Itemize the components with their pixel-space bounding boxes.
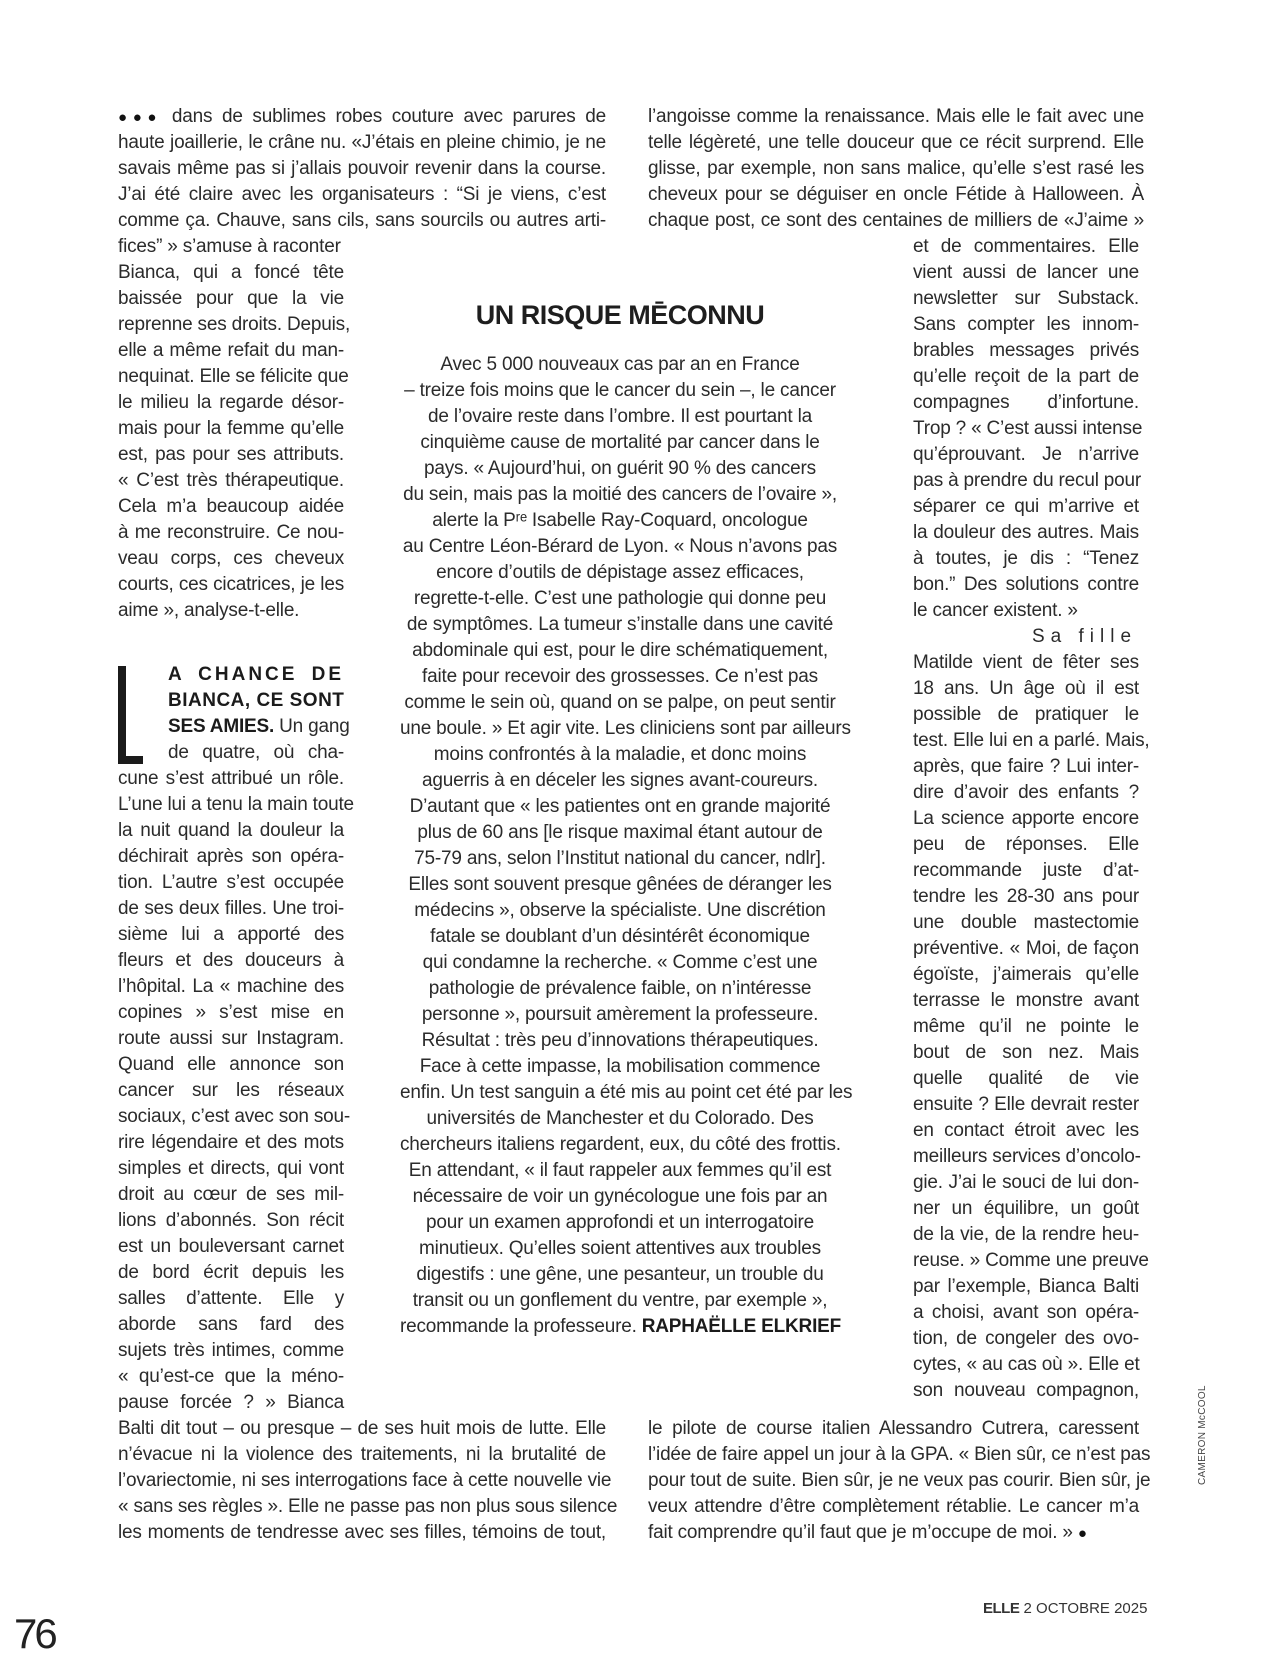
- article-line: de la vie, de la rendre heu-: [913, 1222, 1139, 1248]
- sidebar-line: enfin. Un test sanguin a été mis au poin…: [400, 1080, 840, 1106]
- article-line: J’ai été claire avec les organisateurs :…: [118, 182, 606, 208]
- article-line: la nuit quand la douleur la: [118, 818, 344, 844]
- sidebar-line: nécessaire de voir un gynécologue une fo…: [400, 1184, 840, 1210]
- sidebar-line: encore d’outils de dépistage assez effic…: [400, 560, 840, 586]
- article-line: l’angoisse comme la renaissance. Mais el…: [648, 104, 1144, 130]
- sidebar-line: 75-79 ans, selon l’Institut national du …: [400, 846, 840, 872]
- article-line: brables messages privés: [913, 338, 1139, 364]
- article-line: Sans compter les innom-: [913, 312, 1139, 338]
- article-line: copines » s’est mise en: [118, 1000, 344, 1026]
- sidebar-line: Elles sont souvent presque gênées de dér…: [400, 872, 840, 898]
- article-line: qu’elle reçoit de la part de: [913, 364, 1139, 390]
- sidebar-line: – treize fois moins que le cancer du sei…: [400, 378, 840, 404]
- article-line: « qu’est-ce que la méno-: [118, 1364, 344, 1390]
- sidebar-line: fatale se doublant d’un désintérêt écono…: [400, 924, 840, 950]
- article-line: déchirait après son opéra-: [118, 844, 344, 870]
- article-line: ner un équilibre, un goût: [913, 1196, 1139, 1222]
- article-line: égoïste, j’aimerais qu’elle: [913, 962, 1139, 988]
- sidebar-line: Avec 5 000 nouveaux cas par an en France: [400, 352, 840, 378]
- article-line: est, pas pour ses attributs.: [118, 442, 344, 468]
- article-line: pas à prendre du recul pour: [913, 468, 1139, 494]
- article-line: vient aussi de lancer une: [913, 260, 1139, 286]
- article-line: droit au cœur de ses mil-: [118, 1182, 344, 1208]
- article-line: rire légendaire et des mots: [118, 1130, 344, 1156]
- article-line: bon.” Des solutions contre: [913, 572, 1139, 598]
- article-line: le milieu la regarde désor-: [118, 390, 344, 416]
- article-line: en contact étroit avec les: [913, 1118, 1139, 1144]
- article-line: à toutes, je dis : “Tenez: [913, 546, 1139, 572]
- sidebar-line: plus de 60 ans [le risque maximal étant …: [400, 820, 840, 846]
- article-line: aime », analyse-t-elle.: [118, 598, 299, 624]
- article-line: chaque post, ce sont des centaines de mi…: [648, 208, 1144, 234]
- issue-date: 2 OCTOBRE 2025: [1024, 1600, 1148, 1617]
- article-line: le cancer existent. »: [913, 598, 1078, 624]
- sidebar-line: recommande la professeure. RAPHAËLLE ELK…: [400, 1314, 840, 1340]
- sidebar-line: de l’ovaire reste dans l’ombre. Il est p…: [400, 404, 840, 430]
- article-line: cune s’est attribué un rôle.: [118, 766, 344, 792]
- article-line: après, que faire ? Lui inter-: [913, 754, 1139, 780]
- sidebar-line: aguerris à en déceler les signes avant-c…: [400, 768, 840, 794]
- article-line: recommande juste d’at-: [913, 858, 1139, 884]
- article-line: les moments de tendresse avec ses filles…: [118, 1520, 606, 1546]
- article-line: Quand elle annonce son: [118, 1052, 344, 1078]
- article-line: et de commentaires. Elle: [913, 234, 1139, 260]
- sidebar-line: pathologie de prévalence faible, on n’in…: [400, 976, 840, 1002]
- article-line: « C’est très thérapeutique.: [118, 468, 344, 494]
- sidebar-line: personne », poursuit amèrement la profes…: [400, 1002, 840, 1028]
- article-line: Bianca, qui a foncé tête: [118, 260, 344, 286]
- article-line: Matilde vient de fêter ses: [913, 650, 1139, 676]
- sidebar-line: alerte la Pʳᵉ Isabelle Ray-Coquard, onco…: [400, 508, 840, 534]
- photo-credit: CAMERON McCOOL: [1197, 1385, 1208, 1485]
- article-line: préventive. « Moi, de façon: [913, 936, 1139, 962]
- article-line: qu’éprouvant. Je n’arrive: [913, 442, 1139, 468]
- article-line: une double mastectomie: [913, 910, 1139, 936]
- article-line: possible de pratiquer le: [913, 702, 1139, 728]
- section-lead-caps: BIANCA, CE SONT: [168, 688, 344, 714]
- article-line: sujets très intimes, comme: [118, 1338, 344, 1364]
- article-line: de quatre, où cha-: [168, 740, 344, 766]
- sidebar-line: digestifs : une gêne, une pesanteur, un …: [400, 1262, 840, 1288]
- article-line: quelle qualité de vie: [913, 1066, 1139, 1092]
- article-line: mais pour la femme qu’elle: [118, 416, 344, 442]
- article-line: de bord écrit depuis les: [118, 1260, 344, 1286]
- article-line: telle légèreté, une telle douceur que ce…: [648, 130, 1144, 156]
- article-line: savais même pas si j’allais pouvoir reve…: [118, 156, 606, 182]
- sidebar-line: cinquième cause de mortalité par cancer …: [400, 430, 840, 456]
- sidebar-line: Résultat : très peu d’innovations thérap…: [400, 1028, 840, 1054]
- article-line: cancer sur les réseaux: [118, 1078, 344, 1104]
- end-of-article-dot-icon: ●: [1078, 1525, 1087, 1542]
- article-line: reprenne ses droits. Depuis,: [118, 312, 344, 338]
- article-line: la douleur des autres. Mais: [913, 520, 1139, 546]
- article-line: La science apporte encore: [913, 806, 1139, 832]
- article-line: l’idée de faire appel un jour à la GPA. …: [648, 1442, 1139, 1468]
- sidebar-line: regrette-t-elle. C’est une pathologie qu…: [400, 586, 840, 612]
- article-line: veux attendre d’être complètement rétabl…: [648, 1494, 1139, 1520]
- article-line: peu de réponses. Elle: [913, 832, 1139, 858]
- magazine-brand: ELLE: [983, 1600, 1019, 1617]
- sidebar-line: D’autant que « les patientes ont en gran…: [400, 794, 840, 820]
- article-line: séparer ce qui m’arrive et: [913, 494, 1139, 520]
- sidebar-line: minutieux. Qu’elles soient attentives au…: [400, 1236, 840, 1262]
- byline: RAPHAËLLE ELKRIEF: [642, 1316, 841, 1337]
- article-line: haute joaillerie, le crâne nu. «J’étais …: [118, 130, 606, 156]
- article-line: Cela m’a beaucoup aidée: [118, 494, 344, 520]
- article-line: meilleurs services d’oncolo-: [913, 1144, 1139, 1170]
- article-line: SES AMIES. Un gang: [168, 714, 344, 740]
- article-line: fait comprendre qu’il faut que je m’occu…: [648, 1520, 1087, 1547]
- article-line: son nouveau compagnon,: [913, 1378, 1139, 1404]
- sidebar-line: médecins », observe la spécialiste. Une …: [400, 898, 840, 924]
- sidebar-line: qui condamne la recherche. « Comme c’est…: [400, 950, 840, 976]
- article-line: elle a même refait du man-: [118, 338, 344, 364]
- article-line: pour tout de suite. Bien sûr, je ne veux…: [648, 1468, 1139, 1494]
- article-line: fleurs et des douceurs à: [118, 948, 344, 974]
- article-line: L’une lui a tenu la main toute: [118, 792, 344, 818]
- article-line: par l’exemple, Bianca Balti: [913, 1274, 1139, 1300]
- sidebar-line: transit ou un gonflement du ventre, par …: [400, 1288, 840, 1314]
- article-line: Balti dit tout – ou presque – de ses hui…: [118, 1416, 606, 1442]
- article-line: cytes, « au cas où ». Elle et: [913, 1352, 1139, 1378]
- sidebar-line: pour un examen approfondi et un interrog…: [400, 1210, 840, 1236]
- article-line: tendre les 28-30 ans pour: [913, 884, 1139, 910]
- article-line: de ses deux filles. Une troi-: [118, 896, 344, 922]
- sidebar-line: En attendant, « il faut rappeler aux fem…: [400, 1158, 840, 1184]
- sidebar-line: moins confrontés à la maladie, et donc m…: [400, 742, 840, 768]
- article-line: route aussi sur Instagram.: [118, 1026, 344, 1052]
- article-line: fices” » s’amuse à raconter: [118, 234, 341, 260]
- article-line: nequinat. Elle se félicite que: [118, 364, 344, 390]
- sidebar-line: universités de Manchester et du Colorado…: [400, 1106, 840, 1132]
- article-line: veau corps, ces cheveux: [118, 546, 344, 572]
- article-line: glisse, par exemple, non sans malice, qu…: [648, 156, 1144, 182]
- continuation-bullets-icon: ●●●: [118, 109, 162, 126]
- article-line: « sans ses règles ». Elle ne passe pas n…: [118, 1494, 606, 1520]
- article-line: même qu’il ne pointe le: [913, 1014, 1139, 1040]
- article-line: à me reconstruire. Ce nou-: [118, 520, 344, 546]
- article-line: Trop ? « C’est aussi intense: [913, 416, 1139, 442]
- article-line: a choisi, avant son opéra-: [913, 1300, 1139, 1326]
- article-line: simples et directs, qui vont: [118, 1156, 344, 1182]
- article-line: pause forcée ? » Bianca: [118, 1390, 344, 1416]
- article-line: baissée pour que la vie: [118, 286, 344, 312]
- sidebar-line: abdominale qui est, pour le dire schémat…: [400, 638, 840, 664]
- page-number: 76: [14, 1610, 55, 1658]
- sidebar-line: faite pour recevoir des grossesses. Ce n…: [400, 664, 840, 690]
- article-line: n’évacue ni la violence des traitements,…: [118, 1442, 606, 1468]
- sidebar-title: UN RISQUE MĒCONNU: [400, 300, 840, 331]
- article-line: sociaux, c’est avec son sou-: [118, 1104, 344, 1130]
- sidebar-line: Face à cette impasse, la mobilisation co…: [400, 1054, 840, 1080]
- sidebar-line: pays. « Aujourd’hui, on guérit 90 % des …: [400, 456, 840, 482]
- sidebar-line: du sein, mais pas la moitié des cancers …: [400, 482, 840, 508]
- sidebar-line: chercheurs italiens regardent, eux, du c…: [400, 1132, 840, 1158]
- sidebar-line: au Centre Léon-Bérard de Lyon. « Nous n’…: [400, 534, 840, 560]
- article-line: l’hôpital. La « machine des: [118, 974, 344, 1000]
- article-line: est un bouleversant carnet: [118, 1234, 344, 1260]
- article-line: ●●● dans de sublimes robes couture avec …: [118, 104, 606, 131]
- article-line: gie. J’ai le souci de lui don-: [913, 1170, 1139, 1196]
- article-line: salles d’attente. Elle y: [118, 1286, 344, 1312]
- article-line: reuse. » Comme une preuve: [913, 1248, 1139, 1274]
- article-line: cheveux pour se déguiser en oncle Fétide…: [648, 182, 1144, 208]
- article-line: comme ça. Chauve, sans cils, sans sourci…: [118, 208, 606, 234]
- article-line: lions d’abonnés. Son récit: [118, 1208, 344, 1234]
- article-line: l’ovariectomie, ni ses interrogations fa…: [118, 1468, 606, 1494]
- article-line: terrasse le monstre avant: [913, 988, 1139, 1014]
- article-line: 18 ans. Un âge où il est: [913, 676, 1139, 702]
- article-line: le pilote de course italien Alessandro C…: [648, 1416, 1139, 1442]
- article-line: aborde sans fard des: [118, 1312, 344, 1338]
- article-line: courts, ces cicatrices, je les: [118, 572, 344, 598]
- section-lead-caps: A CHANCE DE: [168, 662, 344, 688]
- article-line: sième lui a apporté des: [118, 922, 344, 948]
- sidebar-line: de symptômes. La tumeur s’installe dans …: [400, 612, 840, 638]
- sidebar-line: comme le sein où, quand on se palpe, on …: [400, 690, 840, 716]
- article-line: ensuite ? Elle devrait rester: [913, 1092, 1139, 1118]
- article-line: tion, de congeler des ovo-: [913, 1326, 1139, 1352]
- article-line: newsletter sur Substack.: [913, 286, 1139, 312]
- article-line: Sa fille: [1032, 624, 1137, 650]
- magazine-footer: ELLE 2 OCTOBRE 2025: [983, 1600, 1147, 1617]
- article-line: test. Elle lui en a parlé. Mais,: [913, 728, 1139, 754]
- article-line: tion. L’autre s’est occupée: [118, 870, 344, 896]
- drop-cap-letter-l: [118, 666, 154, 764]
- sidebar-line: une boule. » Et agir vite. Les clinicien…: [400, 716, 840, 742]
- article-line: dire d’avoir des enfants ?: [913, 780, 1139, 806]
- article-line: compagnes d’infortune.: [913, 390, 1139, 416]
- magazine-page: ●●● dans de sublimes robes couture avec …: [0, 0, 1280, 1669]
- article-line: bout de son nez. Mais: [913, 1040, 1139, 1066]
